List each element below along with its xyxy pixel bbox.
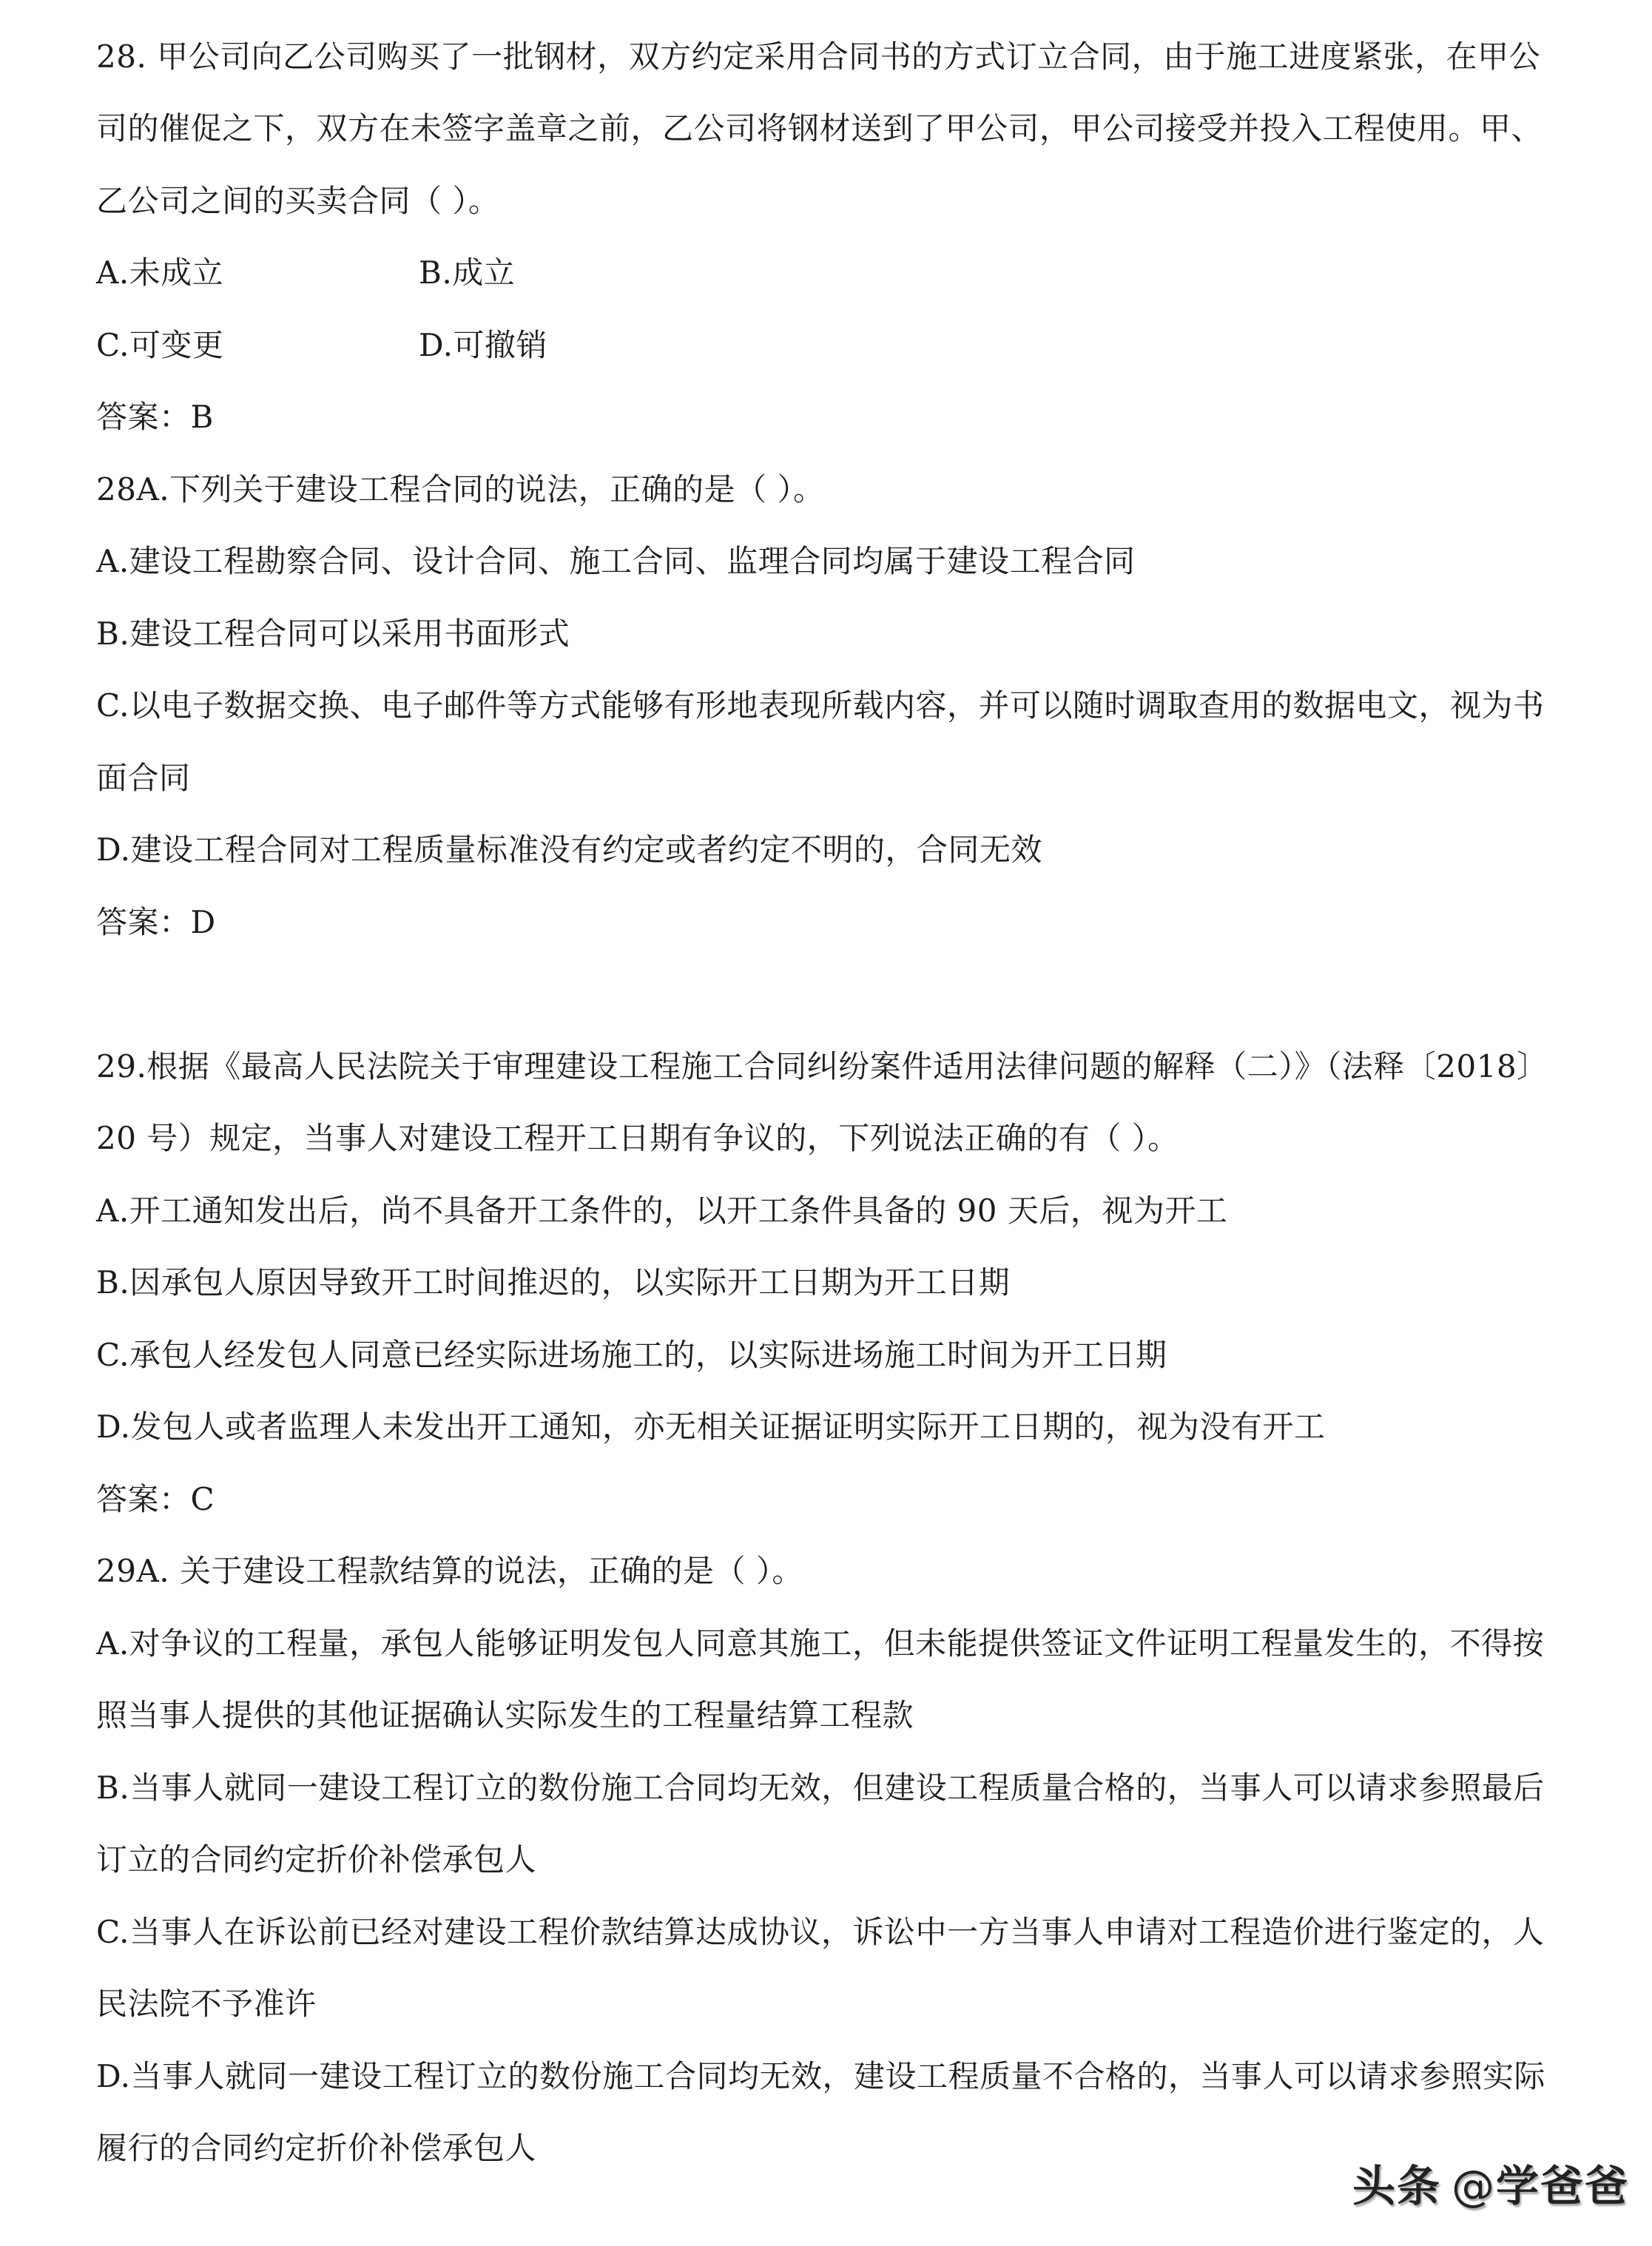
option-c: C.可变更 — [96, 327, 224, 363]
option-line: C.当事人在诉讼前已经对建设工程价款结算达成协议，诉讼中一方当事人申请对工程造价… — [96, 1910, 1583, 1955]
document-page: 28. 甲公司向乙公司购买了一批钢材，双方约定采用合同书的方式订立合同，由于施工… — [0, 0, 1652, 2246]
answer: 答案：B — [96, 395, 1583, 439]
option-d: D.可撤销 — [419, 323, 547, 368]
options-row-ab: A.未成立 B.成立 — [96, 251, 1583, 295]
option-line: 订立的合同约定折价补偿承包人 — [96, 1838, 1583, 1882]
option-line: 照当事人提供的其他证据确认实际发生的工程量结算工程款 — [96, 1693, 1583, 1738]
option-line: A.对争议的工程量，承包人能够证明发包人同意其施工，但未能提供签证文件证明工程量… — [96, 1622, 1583, 1666]
question-stem-line: 20 号）规定，当事人对建设工程开工日期有争议的，下列说法正确的有（ ）。 — [96, 1116, 1583, 1161]
option-b: B.成立 — [419, 251, 515, 295]
option-line: B.建设工程合同可以采用书面形式 — [96, 612, 1583, 656]
watermark-at-symbol: @ — [1452, 2161, 1496, 2211]
option-line: A.建设工程勘察合同、设计合同、施工合同、监理合同均属于建设工程合同 — [96, 539, 1583, 584]
question-stem-line: 29.根据《最高人民法院关于审理建设工程施工合同纠纷案件适用法律问题的解释（二）… — [96, 1045, 1583, 1089]
option-a: A.未成立 — [96, 254, 223, 291]
question-stem-line: 28A.下列关于建设工程合同的说法，正确的是（ ）。 — [96, 468, 1583, 512]
option-line: B.因承包人原因导致开工时间推迟的，以实际开工日期为开工日期 — [96, 1261, 1583, 1305]
option-line: D.发包人或者监理人未发出开工通知，亦无相关证据证明实际开工日期的，视为没有开工 — [96, 1405, 1583, 1449]
question-stem-line: 28. 甲公司向乙公司购买了一批钢材，双方约定采用合同书的方式订立合同，由于施工… — [96, 35, 1583, 79]
option-line: 民法院不予准许 — [96, 1982, 1583, 2026]
option-line: C.以电子数据交换、电子邮件等方式能够有形地表现所载内容，并可以随时调取查用的数… — [96, 684, 1583, 728]
question-stem-line: 乙公司之间的买卖合同（ ）。 — [96, 179, 1583, 223]
options-row-cd: C.可变更 D.可撤销 — [96, 323, 1583, 368]
watermark-author: 学爸爸 — [1496, 2161, 1629, 2211]
answer: 答案：C — [96, 1477, 1583, 1522]
question-stem-line: 司的催促之下，双方在未签字盖章之前，乙公司将钢材送到了甲公司，甲公司接受并投入工… — [96, 107, 1583, 151]
question-stem-line: 29A. 关于建设工程款结算的说法，正确的是（ ）。 — [96, 1549, 1583, 1594]
option-line: 面合同 — [96, 756, 1583, 800]
option-line: B.当事人就同一建设工程订立的数份施工合同均无效，但建设工程质量合格的，当事人可… — [96, 1766, 1583, 1810]
answer: 答案：D — [96, 900, 1583, 945]
option-line: A.开工通知发出后，尚不具备开工条件的，以开工条件具备的 90 天后，视为开工 — [96, 1189, 1583, 1233]
option-line: D.当事人就同一建设工程订立的数份施工合同均无效，建设工程质量不合格的，当事人可… — [96, 2054, 1583, 2099]
option-line: D.建设工程合同对工程质量标准没有约定或者约定不明的，合同无效 — [96, 828, 1583, 872]
option-line: C.承包人经发包人同意已经实际进场施工的，以实际进场施工时间为开工日期 — [96, 1333, 1583, 1377]
watermark-platform: 头条 — [1352, 2161, 1441, 2211]
watermark: 头条@学爸爸 — [1352, 2160, 1629, 2212]
